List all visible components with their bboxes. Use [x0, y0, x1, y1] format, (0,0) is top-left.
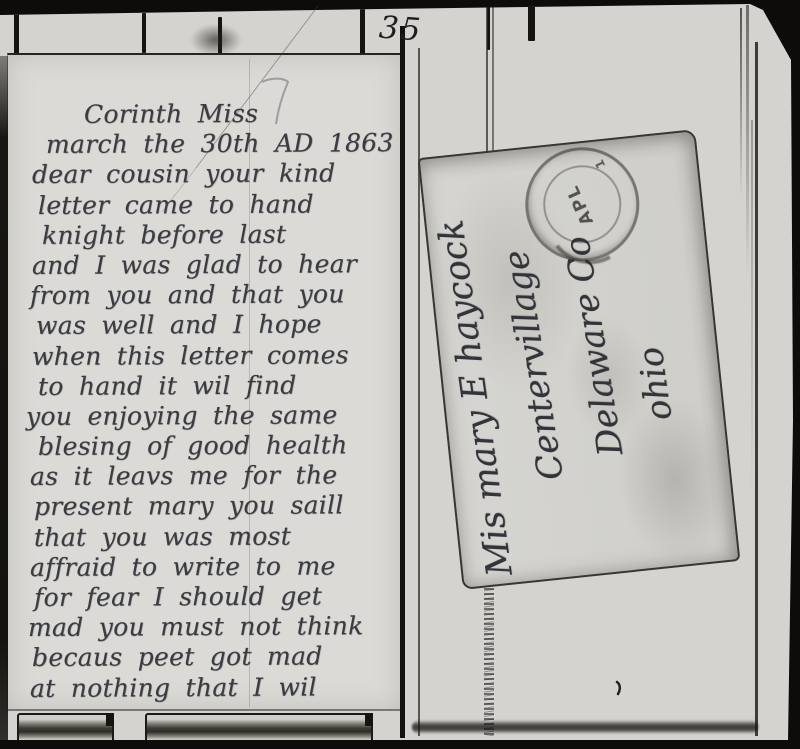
letter-line: when this letter comes	[32, 340, 398, 372]
registration-mark	[142, 13, 146, 53]
letter-line: from you and that you	[30, 279, 398, 311]
letter-line: affraid to write to me	[30, 551, 398, 583]
letter-line: Corinth Miss	[84, 98, 398, 130]
letter-line: becaus peet got mad	[32, 641, 398, 673]
page-number: 35	[378, 13, 424, 47]
page-edge-shadow	[0, 56, 8, 740]
letter-body: Corinth Missmarch the 30th AD 1863dear c…	[26, 99, 398, 703]
letter-line: and I was glad to hear	[32, 249, 398, 281]
letter-line: knight before last	[42, 219, 398, 251]
envelope-address: Mis mary E haycockCentervillageDelaware …	[420, 160, 465, 588]
letter-line: present mary you saill	[34, 490, 398, 522]
registration-mark	[14, 8, 19, 56]
letter-line: letter came to hand	[38, 189, 398, 221]
letter-line: to hand it wil find	[38, 370, 398, 402]
letter-line: you enjoying the same	[26, 400, 398, 432]
binding-bar	[17, 713, 114, 744]
letter-line: dear cousin your kind	[32, 158, 398, 190]
scanned-document-view: Corinth Missmarch the 30th AD 1863dear c…	[0, 0, 800, 749]
postmark-stamp-icon: APL 1	[520, 142, 645, 267]
postmark-day: 1	[593, 158, 607, 171]
letter-page: Corinth Missmarch the 30th AD 1863dear c…	[7, 53, 402, 711]
letter-line: blesing of good health	[38, 430, 398, 462]
page-border-line	[418, 48, 420, 736]
binding-bar	[145, 713, 373, 744]
letter-line: that you was most	[34, 521, 398, 553]
letter-line: for fear I should get	[34, 581, 398, 613]
envelope: Mis mary E haycockCentervillageDelaware …	[418, 129, 741, 590]
registration-mark	[360, 9, 365, 55]
envelope-address-line: ohio	[633, 345, 680, 423]
binding-shadow	[412, 720, 758, 734]
letter-line: was well and I hope	[36, 309, 398, 341]
envelope-address-line: Delaware Co	[559, 234, 631, 459]
letter-line: march the 30th AD 1863	[46, 128, 398, 160]
scan-streak	[746, 5, 749, 275]
letter-line: as it leavs me for the	[30, 460, 398, 492]
photocopy-sheet: Corinth Missmarch the 30th AD 1863dear c…	[0, 0, 800, 749]
envelope-address-line: Centervillage	[498, 248, 571, 483]
scan-streak	[751, 120, 753, 500]
page-fold-line	[400, 26, 405, 738]
letter-line: mad you must not think	[28, 611, 398, 643]
scan-streak	[740, 8, 742, 198]
page-edge-line	[755, 42, 758, 736]
registration-mark	[528, 5, 535, 41]
ink-smudge	[190, 24, 242, 56]
letter-line: at nothing that I wil	[30, 672, 398, 704]
